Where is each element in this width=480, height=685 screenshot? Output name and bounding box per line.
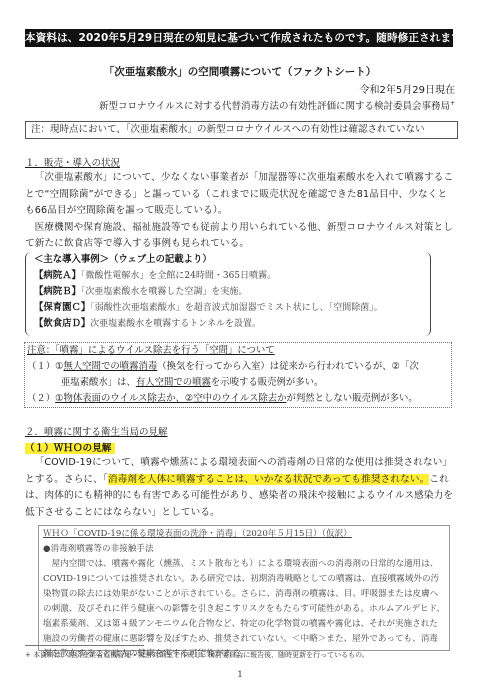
footnote: + 本資料は、経済産業省危機管理・災害対策室で作成し、検討委員会に報告後、随時更… [25, 650, 369, 660]
who-view-paragraph: 「COVID-19について、噴霧や燻蒸による環境表面への消毒剤の日常的な使用は推… [25, 455, 455, 521]
issuing-organization: 新型コロナウイルスに対する代替消毒方法の有効性評価に関する検討委員会事務局+ [99, 98, 455, 112]
revision-notice-banner: 本資料は、2020年5月29日現在の知見に基づいて作成されたものです。随時修正さ… [25, 29, 453, 47]
who-quote-title: ＷＨＯ「COVID-19に係る環境表面の洗浄・消毒」（2020年５月15日）（仮… [43, 527, 445, 542]
caution-box: 注意：「噴霧」によるウイルス除去を行う「空間」について （１）①無人空間での噴霧… [24, 342, 452, 408]
who-quote-body: 屋内空間では、噴霧や霧化（燻蒸、ミスト散布とも）による環境表面への消毒剤の日常的… [43, 557, 445, 662]
who-quote-subtitle: ●消毒剤噴霧等の非接触手法 [43, 542, 445, 557]
effectiveness-note: 注：現時点において、「次亜塩素酸水」の新型コロナウイルスへの有効性は確認されてい… [25, 121, 458, 139]
caution-heading: 注意：「噴霧」によるウイルス除去を行う「空間」について [27, 343, 451, 359]
caution-item-1-cont: 亜塩素酸水」は、有人空間での噴霧を示唆する販売例が多い。 [27, 375, 451, 391]
highlighted-statement: 消毒剤を人体に噴霧することは、いかなる状況であっても推奨されない。 [108, 474, 429, 485]
examples-box: ＜主な導入事例＞（ウェブ上の記載より） 【病院Ａ】「微酸性電解水」を全館に24時… [25, 252, 431, 336]
example-item: 【保育園Ｃ】「弱酸性次亜塩素酸水」を超音波式加湿器でミスト状にし、「空間除菌」。 [34, 300, 430, 316]
examples-header: ＜主な導入事例＞（ウェブ上の記載より） [34, 252, 430, 268]
caution-item-2: （２）①物体表面のウイルス除去か、②空中のウイルス除去かが判然としない販売例が多… [27, 391, 451, 407]
document-title: 「次亜塩素酸水」の空間噴霧について（ファクトシート） [0, 64, 480, 79]
who-quote-box: ＷＨＯ「COVID-19に係る環境表面の洗浄・消毒」（2020年５月15日）（仮… [38, 525, 450, 651]
example-item: 【病院Ｂ】「次亜塩素酸水を噴霧した空調」を実施。 [34, 284, 430, 300]
caution-item-1: （１）①無人空間での噴霧消毒（換気を行ってから入室）は従来から行われているが、②… [27, 359, 451, 375]
footnote-divider [25, 645, 144, 646]
section1-heading: １．販売・導入の状況 [25, 155, 120, 169]
section2-heading: ２．噴霧に関する衛生当局の見解 [25, 424, 168, 438]
page-number: 1 [0, 670, 480, 679]
document-date: 令和2年5月29日現在 [360, 81, 455, 96]
who-subheading: （１）ＷＨＯの見解 [25, 440, 115, 454]
example-item: 【病院Ａ】「微酸性電解水」を全館に24時間・365日噴霧。 [34, 268, 430, 284]
example-item: 【飲食店Ｄ】次亜塩素酸水を噴霧するトンネルを設置。 [34, 316, 430, 332]
section1-body: 「次亜塩素酸水」について、少なくない事業者が「加湿器等に次亜塩素酸水を入れて噴霧… [25, 170, 455, 253]
